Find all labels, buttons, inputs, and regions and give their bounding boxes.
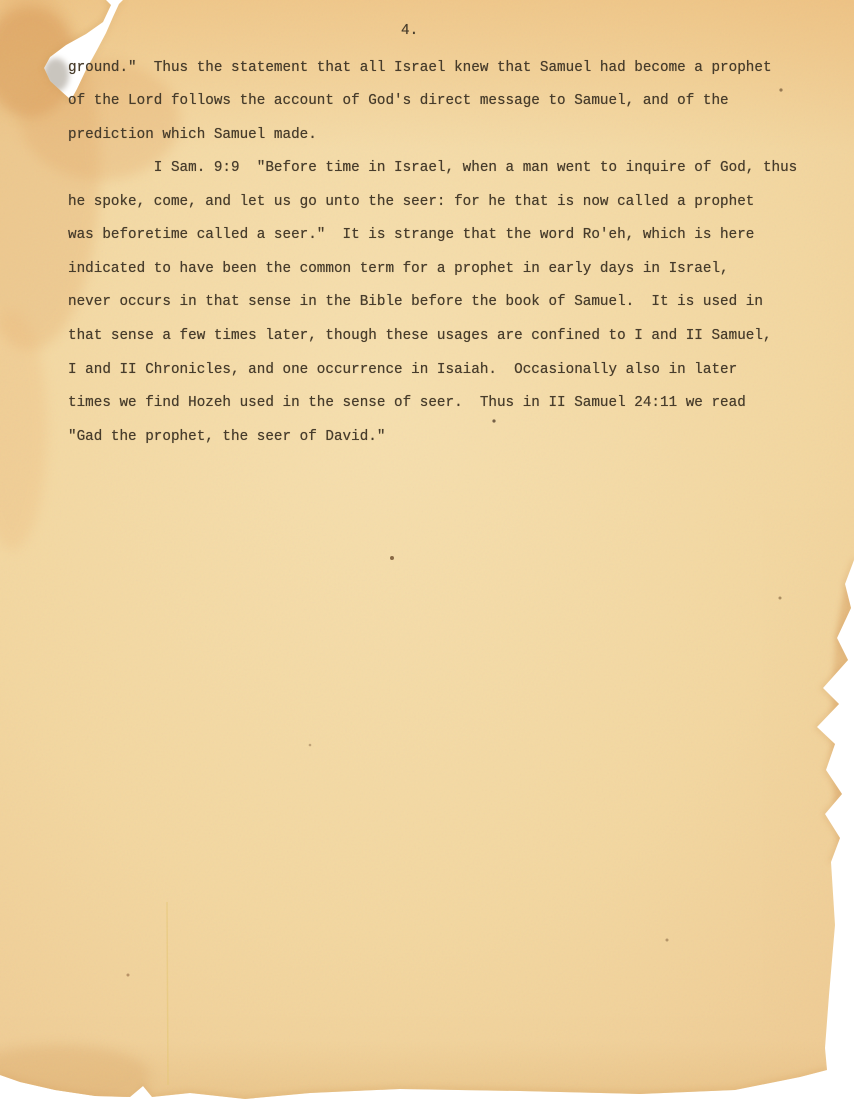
typewritten-line: he spoke, come, and let us go unto the s… [68,194,754,210]
typewritten-text: 4. ground." Thus the statement that all … [0,0,854,1107]
typewritten-line: "Gad the prophet, the seer of David." [68,429,385,445]
typewritten-line: ground." Thus the statement that all Isr… [68,60,772,76]
scanned-document-page: 4. ground." Thus the statement that all … [0,0,854,1107]
typewritten-line: indicated to have been the common term f… [68,261,729,277]
typewritten-line: never occurs in that sense in the Bible … [68,294,763,310]
typewritten-line: was beforetime called a seer." It is str… [68,227,754,243]
typewritten-line: of the Lord follows the account of God's… [68,93,729,109]
typewritten-line: I and II Chronicles, and one occurrence … [68,362,737,378]
typewritten-line: prediction which Samuel made. [68,127,317,143]
page-number: 4. [401,23,418,39]
typewritten-line: I Sam. 9:9 "Before time in Israel, when … [68,160,797,176]
typewritten-line: that sense a few times later, though the… [68,328,772,344]
typewritten-line: times we find Hozeh used in the sense of… [68,395,746,411]
